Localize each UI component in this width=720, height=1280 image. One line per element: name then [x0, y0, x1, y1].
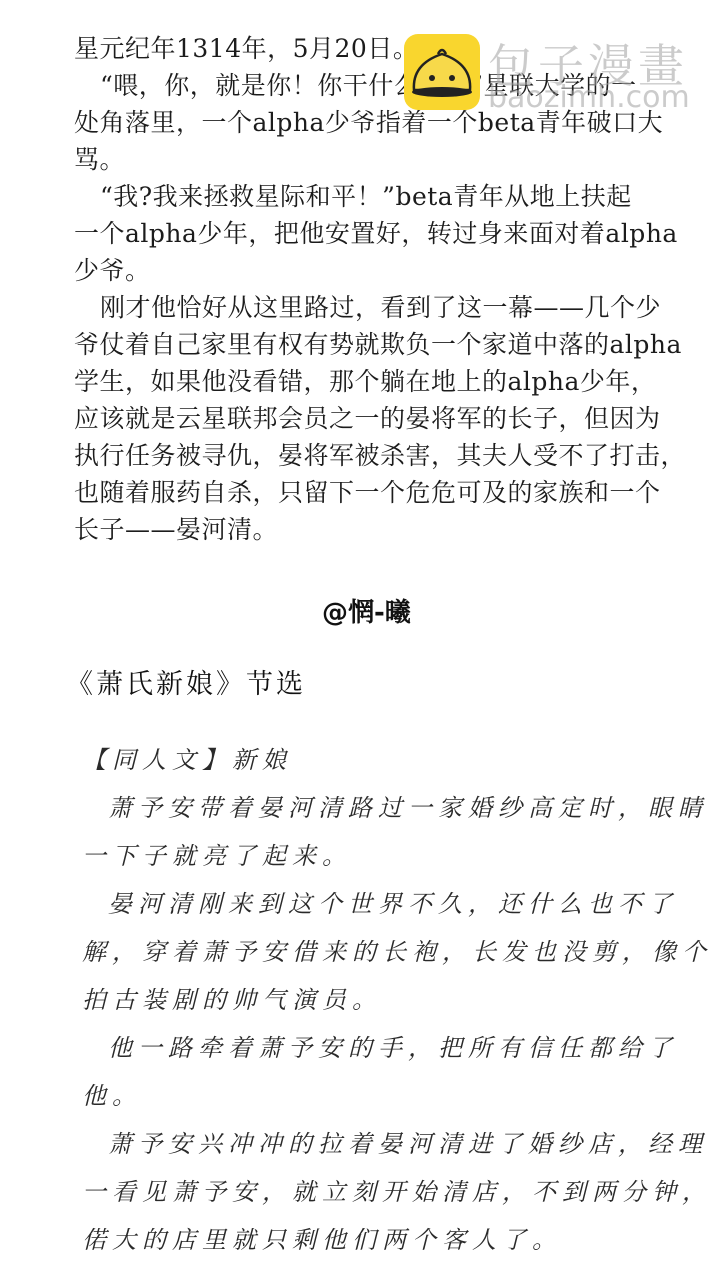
text-line: 刚才他恰好从这里路过，看到了这一幕——几个少	[74, 289, 674, 326]
text-line: 一个alpha少年，把他安置好，转过身来面对着alpha	[74, 215, 674, 252]
text-line: 一下子就亮了起来。	[82, 832, 682, 880]
text-line: 长子——晏河清。	[74, 511, 674, 548]
text-line: 拍古装剧的帅气演员。	[82, 976, 682, 1024]
text-line: 他。	[82, 1072, 682, 1120]
text-line: 晏河清刚来到这个世界不久，还什么也不了	[82, 880, 682, 928]
text-line: 爷仗着自己家里有权有势就欺负一个家道中落的alpha	[74, 326, 674, 363]
text-line: 也随着服药自杀，只留下一个危危可及的家族和一个	[74, 474, 674, 511]
text-line: 骂。	[74, 141, 674, 178]
text-line: 【同人文】新娘	[82, 736, 682, 784]
text-line: 一看见萧予安，就立刻开始清店，不到两分钟，	[82, 1168, 682, 1216]
bun-logo-icon	[404, 34, 480, 110]
text-line: 他一路牵着萧予安的手，把所有信任都给了	[82, 1024, 682, 1072]
text-line: 偌大的店里就只剩他们两个客人了。	[82, 1216, 682, 1264]
author-handle: @惘-曦	[322, 592, 411, 629]
text-line: “我?我来拯救星际和平！”beta青年从地上扶起	[74, 178, 674, 215]
text-line: 萧予安兴冲冲的拉着晏河清进了婚纱店，经理	[82, 1120, 682, 1168]
text-line: 学生，如果他没看错，那个躺在地上的alpha少年，	[74, 363, 674, 400]
text-line: 萧予安带着晏河清路过一家婚纱高定时，眼睛	[82, 784, 682, 832]
watermark-url: baozimh.com	[488, 80, 690, 115]
excerpt-two: 【同人文】新娘 萧予安带着晏河清路过一家婚纱高定时，眼睛 一下子就亮了起来。 晏…	[82, 736, 682, 1264]
text-line: 解，穿着萧予安借来的长袍，长发也没剪，像个	[82, 928, 682, 976]
excerpt-title: 《萧氏新娘》节选	[66, 662, 306, 701]
text-line: 执行任务被寻仇，晏将军被杀害，其夫人受不了打击，	[74, 437, 674, 474]
text-line: 少爷。	[74, 252, 674, 289]
text-line: 应该就是云星联邦会员之一的晏将军的长子，但因为	[74, 400, 674, 437]
